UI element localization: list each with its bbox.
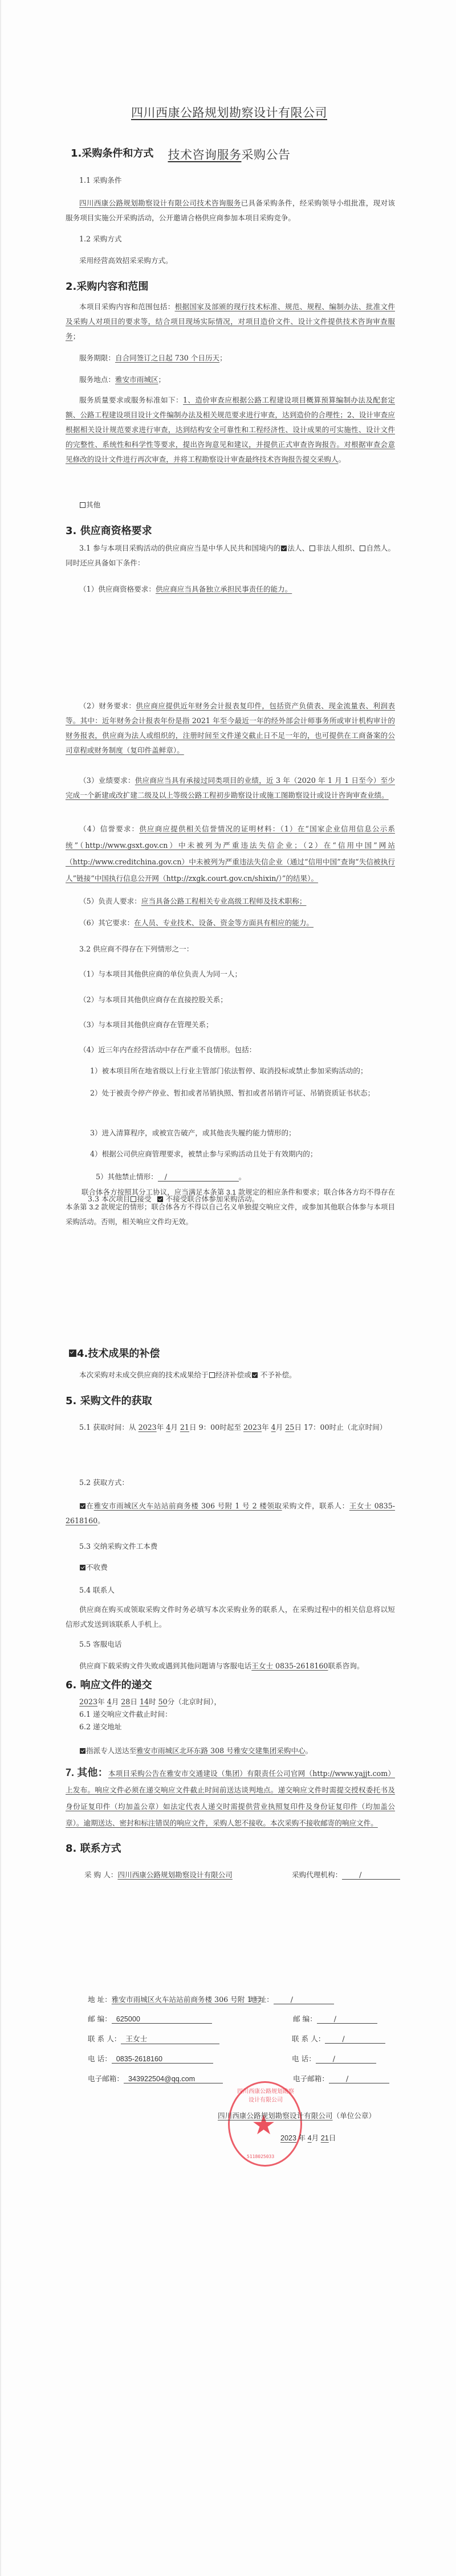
hotline-text: 供应商下载采购文件失败或遇到其他问题请与客服电话王女士 0835-2618160… (79, 1660, 364, 1671)
section-3-2-label: 3.2 供应商不得存在下列情形之一： (79, 943, 193, 954)
section-3-heading: 3. 供应商资格要求 (66, 523, 152, 538)
document-page: 四川西康公路规划勘察设计有限公司 技术咨询服务采购公告 1.采购条件和方式 1.… (0, 0, 456, 2576)
deadline-label: 6.1 递交响应文件截止时间： (79, 1708, 172, 1719)
section-4-checkbox[interactable] (69, 1349, 76, 1357)
contact-label: 5.4 联系人 (79, 1584, 115, 1595)
requirement-4: （4）信誉要求：供应商应提供相关信誉情况的证明材料：（1）在“国家企业信用信息公… (66, 821, 395, 887)
buyer-phone: 电 话：0835-2618160 (88, 2053, 213, 2064)
exclusion-3: （3）与本项目其他供应商存在管理关系； (79, 1019, 213, 1029)
exclusion-4-5: 5）其他禁止情形：/。 (96, 1171, 246, 1182)
service-period: 服务期限：自合同签订之日起 730 个日历天； (79, 352, 227, 363)
natural-person-checkbox[interactable] (360, 545, 365, 551)
section-1-1-label: 1.1 采购条件 (79, 174, 121, 185)
agent-contact: 联 系 人：/ (292, 2033, 385, 2044)
section-3-1-text: 3.1 参与本项目采购活动的供应商应当是中华人民共和国境内的法人、非法人组织、自… (66, 541, 395, 571)
agent-phone: 电 话：/ (292, 2053, 376, 2064)
doc-title: 技术咨询服务采购公告 (1, 146, 456, 163)
buyer-address: 地 址：雅安市雨城区火车站站前商务楼 306 号附 1 号 (88, 1993, 261, 2004)
submit-address: 指派专人送达至雅安市雨城区北环东路 308 号雅安交建集团采购中心。 (79, 1745, 312, 1755)
other-checkbox[interactable] (80, 502, 85, 508)
agent-postcode: 邮 编：/ (293, 2013, 377, 2024)
section-5-heading: 5. 采购文件的获取 (66, 1393, 152, 1408)
fee-option[interactable]: 不收费 (79, 1561, 108, 1572)
signature-date: 2023 年 4月 21日 (280, 2132, 336, 2143)
buyer-contact: 联 系 人：王女士 (88, 2033, 219, 2044)
on-site-pickup-checkbox[interactable] (80, 1503, 85, 1509)
consortium-text: 联合体各方按照其分工协议，应当满足本条第 3.1 款规定的相应条件和要求；联合体… (66, 1185, 395, 1229)
buyer-postcode: 邮 编：625000 (88, 2013, 212, 2024)
company-seal: 四川西康公路规划勘察设计有限公司 ★ 5118025033 (228, 2081, 302, 2167)
exclusion-4-1: 1）被本项目所在地省级以上行业主管部门依法暂停、取消投标或禁止参加采购活动的； (66, 1064, 395, 1078)
exclusion-4-4: 4）根据公司供应商管理要求，被禁止参与采购活动且处于有效期内的； (66, 1147, 395, 1162)
requirement-1: （1）供应商资格要求：供应商应当具备独立承担民事责任的能力。 (79, 583, 292, 594)
hotline-label: 5.5 客服电话 (79, 1638, 121, 1649)
exclusion-1: （1）与本项目其他供应商的单位负责人为同一人； (79, 968, 242, 979)
deadline-value: 2023年 4月 28日 14时 50分（北京时间）， (79, 1696, 221, 1707)
buyer-email: 电子邮箱：343922504@qq.com (88, 2073, 223, 2083)
buyer: 采 购 人：四川西康公路规划勘察设计有限公司 (84, 1869, 233, 1880)
acquisition-method: 在雅安市雨城区火车站站前商务楼 306 号附 1 号 2 楼领取采购文件，联系人… (66, 1499, 395, 1528)
section-1-heading: 1.采购条件和方式 (71, 145, 153, 160)
service-place: 服务地点：雅安市雨城区； (79, 374, 165, 384)
fee-label: 5.3 交纳采购文件工本费 (79, 1540, 157, 1551)
requirement-6: （6）其它要求：在人员、专业技术、设备、资金等方面具有相应的能力。 (79, 917, 313, 928)
section-2-heading: 2.采购内容和范围 (66, 278, 148, 293)
legal-person-checkbox[interactable] (281, 545, 287, 551)
agent: 采购代理机构：/ (292, 1869, 400, 1880)
non-legal-org-checkbox[interactable] (310, 545, 315, 551)
exclusion-4-2: 2）处于被责令停产停业、暂扣或者吊销执照、暂扣或者吊销许可证、吊销资质证书状态； (66, 1086, 395, 1101)
exclusion-4: （4）近三年内在经营活动中存在严重不良情形。包括： (79, 1044, 256, 1055)
agent-email: 电子邮箱：/ (293, 2073, 389, 2083)
other-option[interactable]: 其他 (79, 499, 100, 510)
economic-compensation-checkbox[interactable] (209, 1372, 215, 1378)
section-6-heading: 6. 响应文件的递交 (66, 1677, 152, 1692)
acquisition-method-label: 5.2 获取方式： (79, 1476, 129, 1487)
section-1-1-text: 四川西康公路规划勘察设计有限公司技术咨询服务已具备采购条件，经采购领导小组批准，… (66, 196, 395, 225)
section-7: 7. 其他：本项目采购公告在雅安市交通建设（集团）有限责任公司官网（http:/… (66, 1765, 395, 1831)
requirement-2: （2）财务要求：供应商应提供近年财务会计报表复印件，包括资产负债表、现金流量表、… (66, 699, 395, 758)
section-8-heading: 8. 联系方式 (66, 1840, 121, 1855)
no-compensation-checkbox[interactable] (252, 1372, 258, 1378)
signature-company: 四川西康公路规划勘察设计有限公司（单位公章） (218, 2110, 376, 2120)
section-4-text: 本次采购对未成交供应商的技术成果给于经济补偿或 不予补偿。 (79, 1369, 296, 1380)
requirement-3: （3）业绩要求：供应商应当具有承接过同类项目的业绩，近 3 年（2020 年 1… (66, 773, 395, 803)
exclusion-2: （2）与本项目其他供应商存在直接控股关系； (79, 994, 227, 1004)
service-quality: 服务质量要求或服务标准如下：1、造价审查应根据公路工程建设项目概算预算编制办法及… (66, 393, 395, 467)
contact-text: 供应商在购买或领取采购文件时务必填写本次采购业务的联系人，在采购过程中的相关信息… (66, 1602, 395, 1632)
section-2-scope: 本项目采购内容和范围包括：根据国家及部颁的现行技术标准、规范、规程、编制办法、批… (66, 300, 395, 344)
section-4-heading: 4.技术成果的补偿 (68, 1346, 160, 1360)
section-1-2-text: 采用经营高效招采采购方式。 (79, 255, 173, 265)
acquisition-time: 5.1 获取时间：从 2023年 4月 21日 9：00时起至 2023年 4月… (66, 1420, 395, 1435)
company-title: 四川西康公路规划勘察设计有限公司 (1, 104, 456, 121)
agent-address: 地 址：/ (250, 1993, 334, 2004)
no-fee-checkbox[interactable] (80, 1565, 85, 1570)
exclusion-4-3: 3）进入清算程序，或被宣告破产，或其他丧失履约能力情形的； (66, 1126, 395, 1141)
section-1-2-label: 1.2 采购方式 (79, 233, 121, 244)
delivery-checkbox[interactable] (80, 1748, 85, 1754)
submit-address-label: 6.2 递交地址 (79, 1721, 121, 1732)
requirement-5: （5）负责人要求：应当具备公路工程相关专业高级工程师及技术职称； (79, 895, 306, 906)
